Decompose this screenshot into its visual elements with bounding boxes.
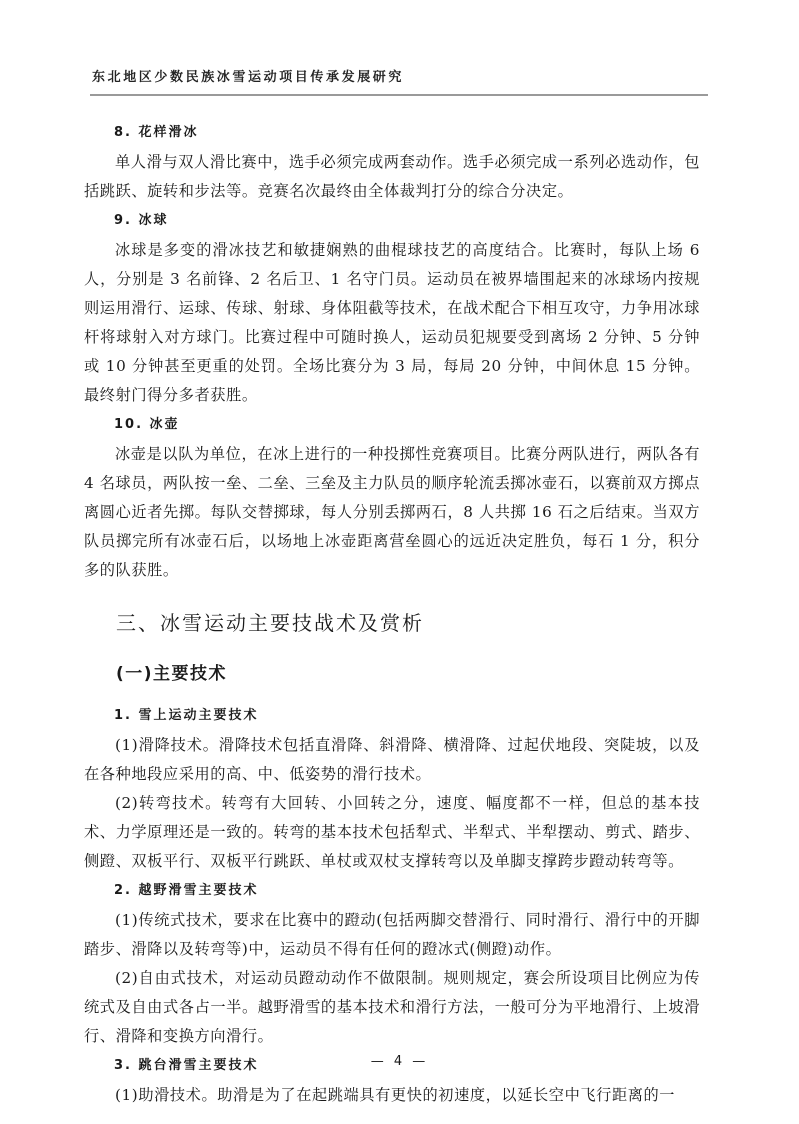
paragraph: 单人滑与双人滑比赛中，选手必须完成两套动作。选手必须完成一系列必选动作，包括跳跃… — [84, 148, 700, 206]
paragraph: 冰壶是以队为单位，在冰上进行的一种投掷性竞赛项目。比赛分两队进行，两队各有 4 … — [84, 440, 700, 585]
paragraph: (2)自由式技术，对运动员蹬动动作不做限制。规则规定，赛会所设项目比例应为传统式… — [84, 964, 700, 1051]
heading-ice-hockey: 9. 冰球 — [84, 206, 700, 236]
header-rule — [90, 94, 708, 96]
running-header: 东北地区少数民族冰雪运动项目传承发展研究 — [92, 66, 404, 85]
heading-figure-skating: 8. 花样滑冰 — [84, 118, 700, 148]
subsection-heading: (一)主要技术 — [84, 659, 700, 689]
heading-curling: 10. 冰壶 — [84, 410, 700, 440]
page-number: — 4 — — [0, 1054, 799, 1069]
paragraph: (1)传统式技术，要求在比赛中的蹬动(包括两脚交替滑行、同时滑行、滑行中的开脚踏… — [84, 906, 700, 964]
chapter-heading: 三、冰雪运动主要技战术及赏析 — [84, 603, 700, 643]
heading-cross-country: 2. 越野滑雪主要技术 — [84, 876, 700, 906]
page-body: 8. 花样滑冰 单人滑与双人滑比赛中，选手必须完成两套动作。选手必须完成一系列必… — [84, 118, 700, 1110]
heading-snow-sports: 1. 雪上运动主要技术 — [84, 701, 700, 731]
paragraph: 冰球是多变的滑冰技艺和敏捷娴熟的曲棍球技艺的高度结合。比赛时，每队上场 6 人，… — [84, 236, 700, 410]
paragraph: (2)转弯技术。转弯有大回转、小回转之分，速度、幅度都不一样，但总的基本技术、力… — [84, 789, 700, 876]
paragraph: (1)助滑技术。助滑是为了在起跳端具有更快的初速度，以延长空中飞行距离的一 — [84, 1081, 700, 1110]
paragraph: (1)滑降技术。滑降技术包括直滑降、斜滑降、横滑降、过起伏地段、突陡坡，以及在各… — [84, 731, 700, 789]
